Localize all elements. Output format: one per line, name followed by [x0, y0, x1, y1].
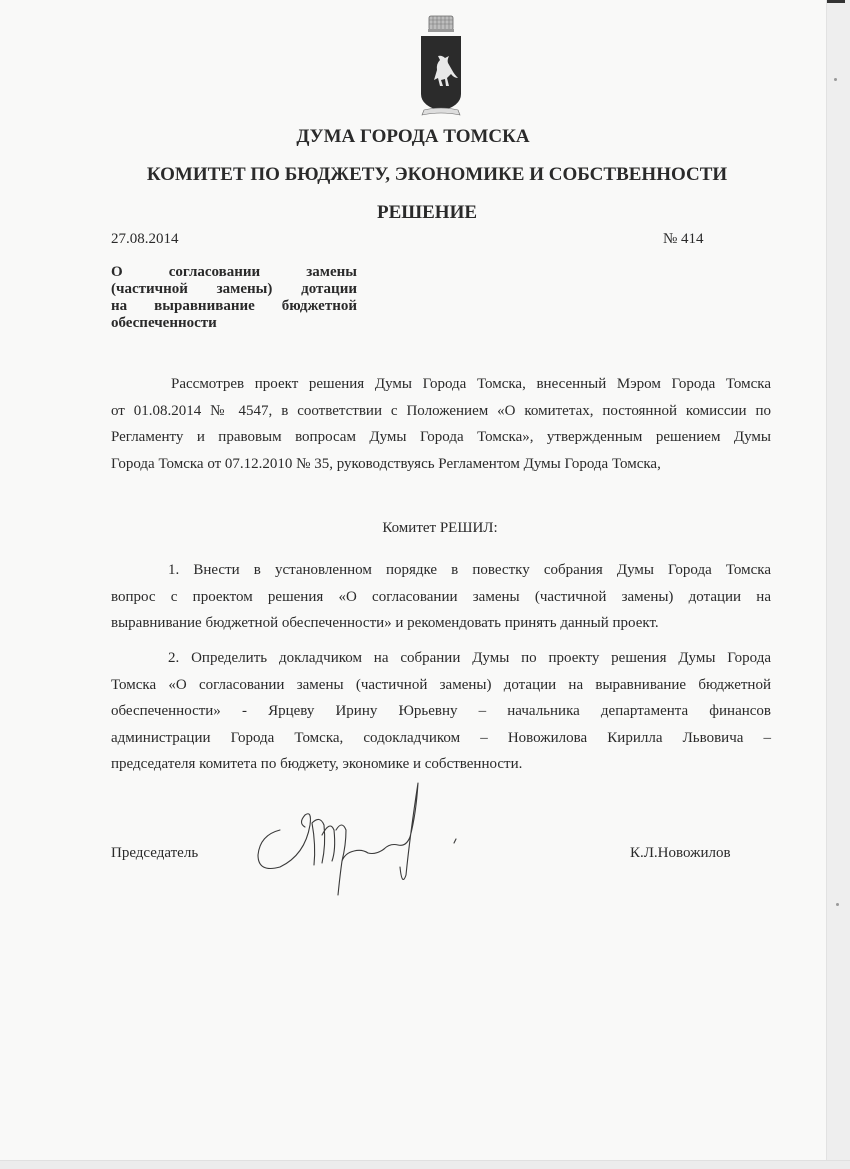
signatory-name: К.Л.Новожилов [630, 845, 731, 862]
item-line: 2. Определить докладчиком на собрании Ду… [111, 645, 771, 672]
item-line: Томска «О согласовании замены (частичной… [111, 672, 771, 699]
document-number: № 414 [663, 231, 704, 248]
item-line: администрации Города Томска, содокладчик… [111, 725, 771, 752]
scan-speck [836, 903, 839, 906]
subject-line: О согласовании замены [111, 264, 357, 281]
organization-title: ДУМА ГОРОДА ТОМСКА [0, 126, 826, 148]
item-line: председателя комитета по бюджету, эконом… [111, 751, 771, 778]
item-line: обеспеченности» - Ярцеву Ирину Юрьевну –… [111, 698, 771, 725]
preamble-line: от 01.08.2014 № 4547, в соответствии с П… [111, 398, 771, 425]
document-subject: О согласовании замены (частичной замены)… [111, 264, 357, 332]
scan-edge-bottom [0, 1160, 850, 1169]
scan-mark [827, 0, 845, 3]
tomsk-coat-of-arms-icon [418, 14, 464, 118]
document-date: 27.08.2014 [111, 231, 179, 248]
committee-title: КОМИТЕТ ПО БЮДЖЕТУ, ЭКОНОМИКЕ И СОБСТВЕН… [24, 164, 850, 186]
item-line: вопрос с проектом решения «О согласовани… [111, 584, 771, 611]
preamble-line: Рассмотрев проект решения Думы Города То… [111, 371, 771, 398]
preamble-line: Регламенту и правовым вопросам Думы Горо… [111, 424, 771, 451]
document-page: ДУМА ГОРОДА ТОМСКА КОМИТЕТ ПО БЮДЖЕТУ, Э… [0, 0, 826, 1160]
item-line: 1. Внести в установленном порядке в пове… [111, 557, 771, 584]
scan-speck [834, 78, 837, 81]
resolved-heading: Комитет РЕШИЛ: [0, 520, 850, 537]
item-line: выравнивание бюджетной обеспеченности» и… [111, 610, 771, 637]
signatory-position: Председатель [111, 845, 198, 862]
subject-line: обеспеченности [111, 315, 357, 332]
handwritten-signature-icon [250, 775, 510, 915]
resolution-item-2: 2. Определить докладчиком на собрании Ду… [111, 645, 771, 778]
resolution-item-1: 1. Внести в установленном порядке в пове… [111, 557, 771, 637]
scan-edge-right [826, 0, 850, 1169]
subject-line: (частичной замены) дотации [111, 281, 357, 298]
subject-line: на выравнивание бюджетной [111, 298, 357, 315]
preamble-line: Города Томска от 07.12.2010 № 35, руково… [111, 451, 771, 478]
preamble-paragraph: Рассмотрев проект решения Думы Города То… [111, 371, 771, 477]
document-type-title: РЕШЕНИЕ [14, 202, 840, 224]
